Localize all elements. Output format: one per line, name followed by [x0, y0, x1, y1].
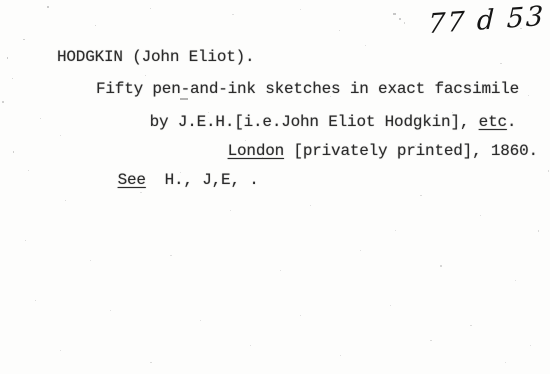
- scan-speck: [262, 157, 263, 158]
- scan-speck: [505, 362, 506, 363]
- scan-speck: [390, 305, 391, 306]
- scan-speck: [280, 270, 281, 271]
- scan-speck: [65, 200, 66, 201]
- scan-speck: [415, 145, 416, 146]
- see-reference-line: See H., J,E, .: [80, 153, 259, 207]
- scan-speck: [150, 8, 151, 9]
- scan-speck: [7, 57, 8, 59]
- scan-speck: [430, 340, 432, 341]
- scan-speck: [395, 230, 396, 231]
- scan-speck: [200, 320, 201, 321]
- scan-speck: [40, 118, 41, 119]
- scan-speck: [530, 345, 531, 346]
- imprint-rest: [privately printed], 1860.: [284, 142, 538, 160]
- scan-speck: [440, 265, 442, 267]
- scan-speck: [538, 230, 539, 232]
- scan-speck: [150, 362, 152, 363]
- scan-speck: [548, 170, 549, 172]
- scan-speck: [23, 39, 25, 40]
- scan-speck: [393, 13, 396, 15]
- scan-speck: [404, 22, 405, 24]
- scan-speck: [90, 260, 91, 261]
- scan-speck: [340, 355, 341, 356]
- scan-speck: [25, 240, 26, 241]
- scan-speck: [330, 96, 331, 97]
- scan-speck: [145, 75, 146, 76]
- scan-speck: [208, 112, 209, 113]
- scan-speck: [28, 170, 29, 171]
- scan-speck: [180, 98, 188, 100]
- scan-speck: [515, 280, 516, 281]
- see-word: See: [118, 171, 146, 189]
- scan-speck: [540, 12, 541, 13]
- scan-speck: [140, 192, 142, 193]
- scan-speck: [452, 112, 453, 113]
- scan-speck: [365, 45, 366, 46]
- scan-speck: [170, 255, 172, 256]
- scan-speck: [360, 250, 361, 251]
- scan-speck: [500, 63, 502, 64]
- scan-speck: [310, 205, 311, 206]
- scan-speck: [470, 325, 472, 326]
- handwritten-shelfmark: 77 d 53: [428, 1, 546, 40]
- scan-speck: [12, 78, 13, 79]
- scan-speck: [95, 25, 96, 26]
- scan-speck: [300, 315, 301, 316]
- scan-speck: [47, 6, 49, 8]
- heading-author-line: HODGKIN (John Eliot).: [57, 48, 254, 66]
- scan-speck: [528, 95, 529, 96]
- catalog-card: 77 d 53 HODGKIN (John Eliot). Fifty pen-…: [0, 0, 550, 374]
- scan-speck: [13, 151, 14, 153]
- scan-speck: [180, 172, 181, 173]
- scan-speck: [250, 345, 251, 346]
- scan-speck: [2, 101, 4, 103]
- scan-speck: [300, 9, 301, 10]
- scan-speck: [245, 140, 246, 141]
- scan-speck: [480, 215, 481, 216]
- see-reference-rest: H., J,E, .: [146, 171, 259, 189]
- scan-speck: [60, 350, 61, 351]
- scan-speck: [520, 28, 522, 29]
- scan-speck: [110, 310, 111, 311]
- scan-speck: [60, 135, 61, 136]
- scan-speck: [230, 210, 231, 211]
- scan-speck: [339, 30, 340, 31]
- scan-speck: [35, 300, 36, 301]
- scan-speck: [420, 195, 422, 196]
- scan-speck: [232, 14, 234, 15]
- scan-speck: [399, 18, 401, 20]
